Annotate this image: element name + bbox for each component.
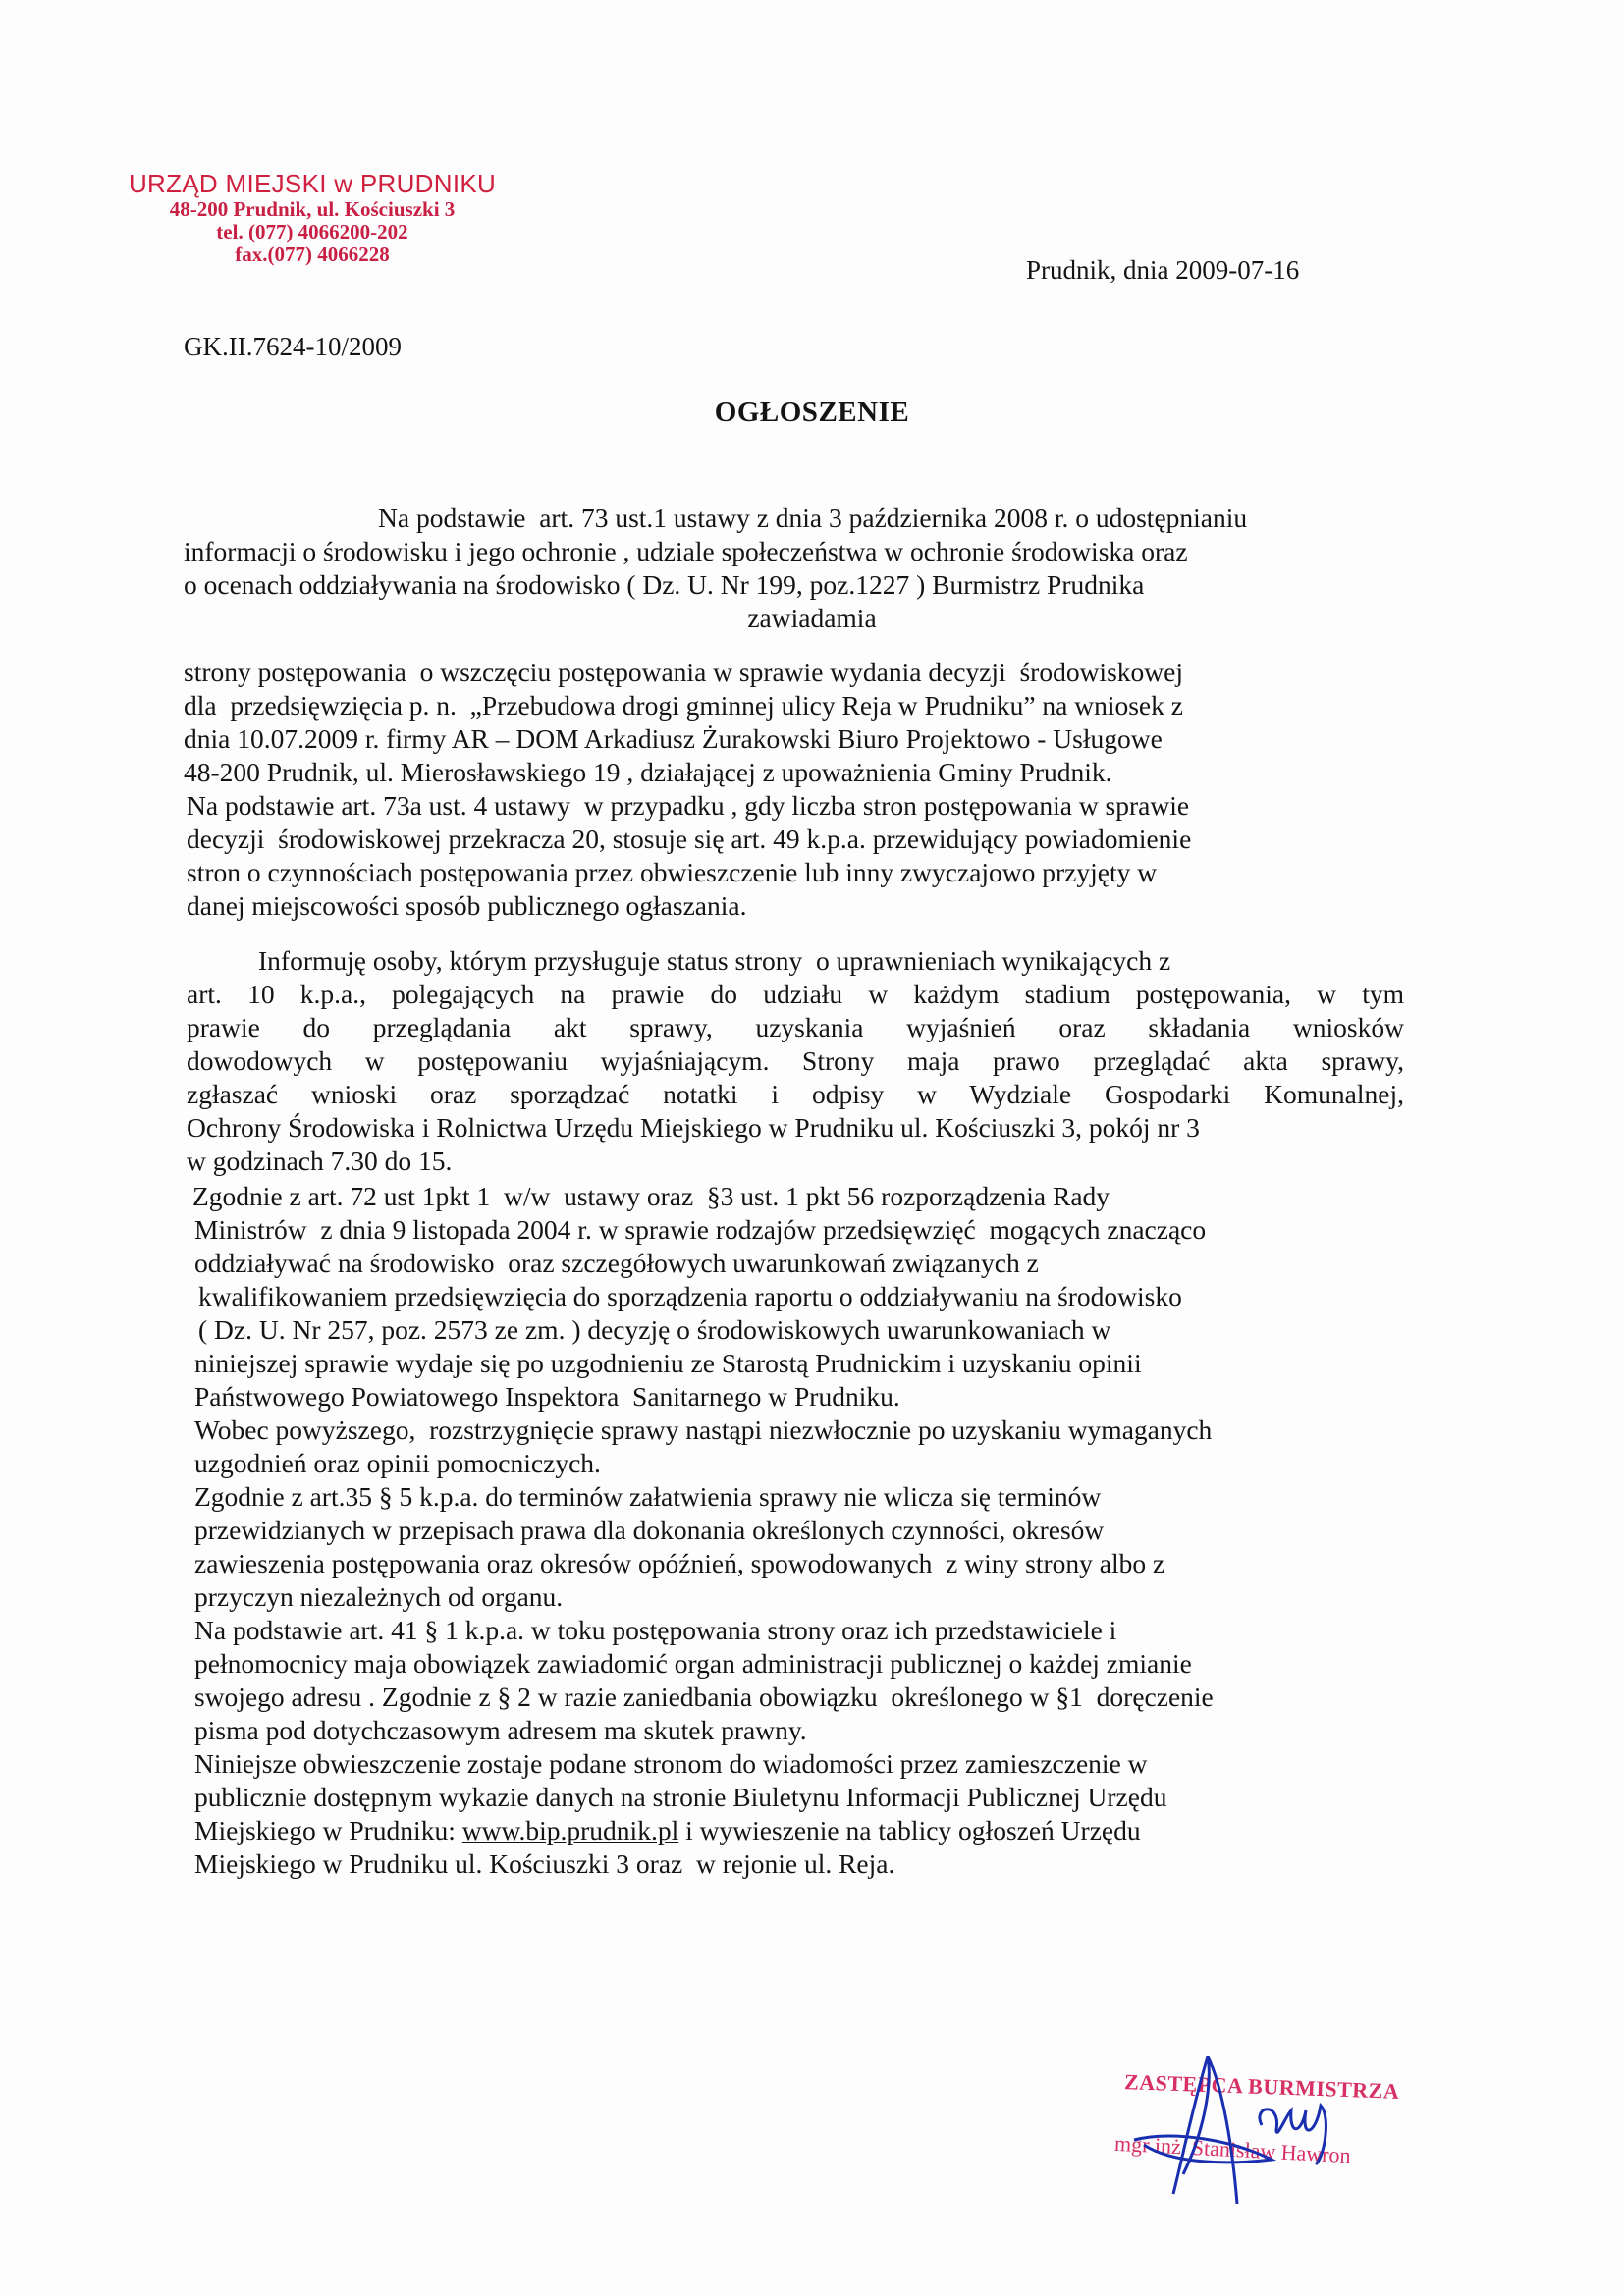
bip-website-link[interactable]: www.bip.prudnik.pl bbox=[462, 1815, 679, 1845]
body-line: oddziaływać na środowisko oraz szczegóło… bbox=[194, 1248, 1039, 1279]
signature-block: ZASTĘPCA BURMISTRZA mgr inż. Stanisław H… bbox=[1114, 2047, 1429, 2204]
body-line: pisma pod dotychczasowym adresem ma skut… bbox=[194, 1715, 807, 1746]
body-line: pełnomocnicy maja obowiązek zawiadomić o… bbox=[194, 1648, 1192, 1680]
office-name: URZĄD MIEJSKI w PRUDNIKU bbox=[126, 169, 499, 198]
body-line: art. 10 k.p.a., polegających na prawie d… bbox=[187, 979, 1404, 1010]
body-line-with-link: Miejskiego w Prudniku: www.bip.prudnik.p… bbox=[194, 1815, 1141, 1846]
body-line: zawieszenia postępowania oraz okresów op… bbox=[194, 1548, 1164, 1579]
body-line: Ochrony Środowiska i Rolnictwa Urzędu Mi… bbox=[187, 1112, 1200, 1144]
body-line: Na podstawie art. 73a ust. 4 ustawy w pr… bbox=[187, 790, 1189, 822]
body-line: w godzinach 7.30 do 15. bbox=[187, 1146, 452, 1177]
body-line: Na podstawie art. 73 ust.1 ustawy z dnia… bbox=[378, 503, 1247, 534]
body-line: Miejskiego w Prudniku ul. Kościuszki 3 o… bbox=[194, 1848, 894, 1880]
link-suffix: i wywieszenie na tablicy ogłoszeń Urzędu bbox=[678, 1815, 1140, 1845]
body-line: decyzji środowiskowej przekracza 20, sto… bbox=[187, 824, 1191, 855]
body-line: uzgodnień oraz opinii pomocniczych. bbox=[194, 1448, 601, 1479]
body-line: Na podstawie art. 41 § 1 k.p.a. w toku p… bbox=[194, 1615, 1116, 1646]
body-line: Państwowego Powiatowego Inspektora Sanit… bbox=[194, 1381, 900, 1413]
letterhead-stamp: URZĄD MIEJSKI w PRUDNIKU 48-200 Prudnik,… bbox=[126, 169, 499, 266]
reference-number: GK.II.7624-10/2009 bbox=[184, 332, 402, 362]
handwritten-signature-icon bbox=[1114, 2047, 1429, 2204]
body-line: danej miejscowości sposób publicznego og… bbox=[187, 890, 746, 922]
body-line: zawiadamia bbox=[0, 603, 1624, 634]
body-line: informacji o środowisku i jego ochronie … bbox=[184, 536, 1188, 567]
body-line: Zgodnie z art. 72 ust 1pkt 1 w/w ustawy … bbox=[192, 1181, 1110, 1212]
body-line: ( Dz. U. Nr 257, poz. 2573 ze zm. ) decy… bbox=[198, 1314, 1110, 1346]
body-line: Ministrów z dnia 9 listopada 2004 r. w s… bbox=[194, 1214, 1206, 1246]
body-line: swojego adresu . Zgodnie z § 2 w razie z… bbox=[194, 1682, 1214, 1713]
body-line: zgłaszać wnioski oraz sporządzać notatki… bbox=[187, 1079, 1404, 1110]
body-line: publicznie dostępnym wykazie danych na s… bbox=[194, 1782, 1166, 1813]
body-line: Niniejsze obwieszczenie zostaje podane s… bbox=[194, 1748, 1148, 1780]
body-line: przyczyn niezależnych od organu. bbox=[194, 1581, 563, 1613]
body-line: strony postępowania o wszczęciu postępow… bbox=[184, 657, 1183, 688]
document-date: Prudnik, dnia 2009-07-16 bbox=[1026, 255, 1299, 286]
body-line: Zgodnie z art.35 § 5 k.p.a. do terminów … bbox=[194, 1481, 1101, 1513]
body-line: Wobec powyższego, rozstrzygnięcie sprawy… bbox=[194, 1415, 1212, 1446]
body-line: Informuję osoby, którym przysługuje stat… bbox=[258, 945, 1170, 977]
body-line: dnia 10.07.2009 r. firmy AR – DOM Arkadi… bbox=[184, 723, 1163, 755]
link-prefix: Miejskiego w Prudniku: bbox=[194, 1815, 462, 1845]
body-line: dla przedsięwzięcia p. n. „Przebudowa dr… bbox=[184, 690, 1183, 721]
body-line: niniejszej sprawie wydaje się po uzgodni… bbox=[194, 1348, 1142, 1379]
body-line: kwalifikowaniem przedsięwzięcia do sporz… bbox=[198, 1281, 1182, 1312]
office-address: 48-200 Prudnik, ul. Kościuszki 3 bbox=[126, 198, 499, 221]
office-phone: tel. (077) 4066200-202 bbox=[126, 221, 499, 243]
office-fax: fax.(077) 4066228 bbox=[126, 243, 499, 266]
body-line: dowodowych w postępowaniu wyjaśniającym.… bbox=[187, 1045, 1404, 1077]
body-line: stron o czynnościach postępowania przez … bbox=[187, 857, 1157, 888]
body-line: o ocenach oddziaływania na środowisko ( … bbox=[184, 569, 1144, 601]
body-line: prawie do przeglądania akt sprawy, uzysk… bbox=[187, 1012, 1404, 1043]
body-line: przewidzianych w przepisach prawa dla do… bbox=[194, 1515, 1104, 1546]
document-title: OGŁOSZENIE bbox=[0, 397, 1624, 429]
body-line: 48-200 Prudnik, ul. Mierosławskiego 19 ,… bbox=[184, 757, 1112, 788]
